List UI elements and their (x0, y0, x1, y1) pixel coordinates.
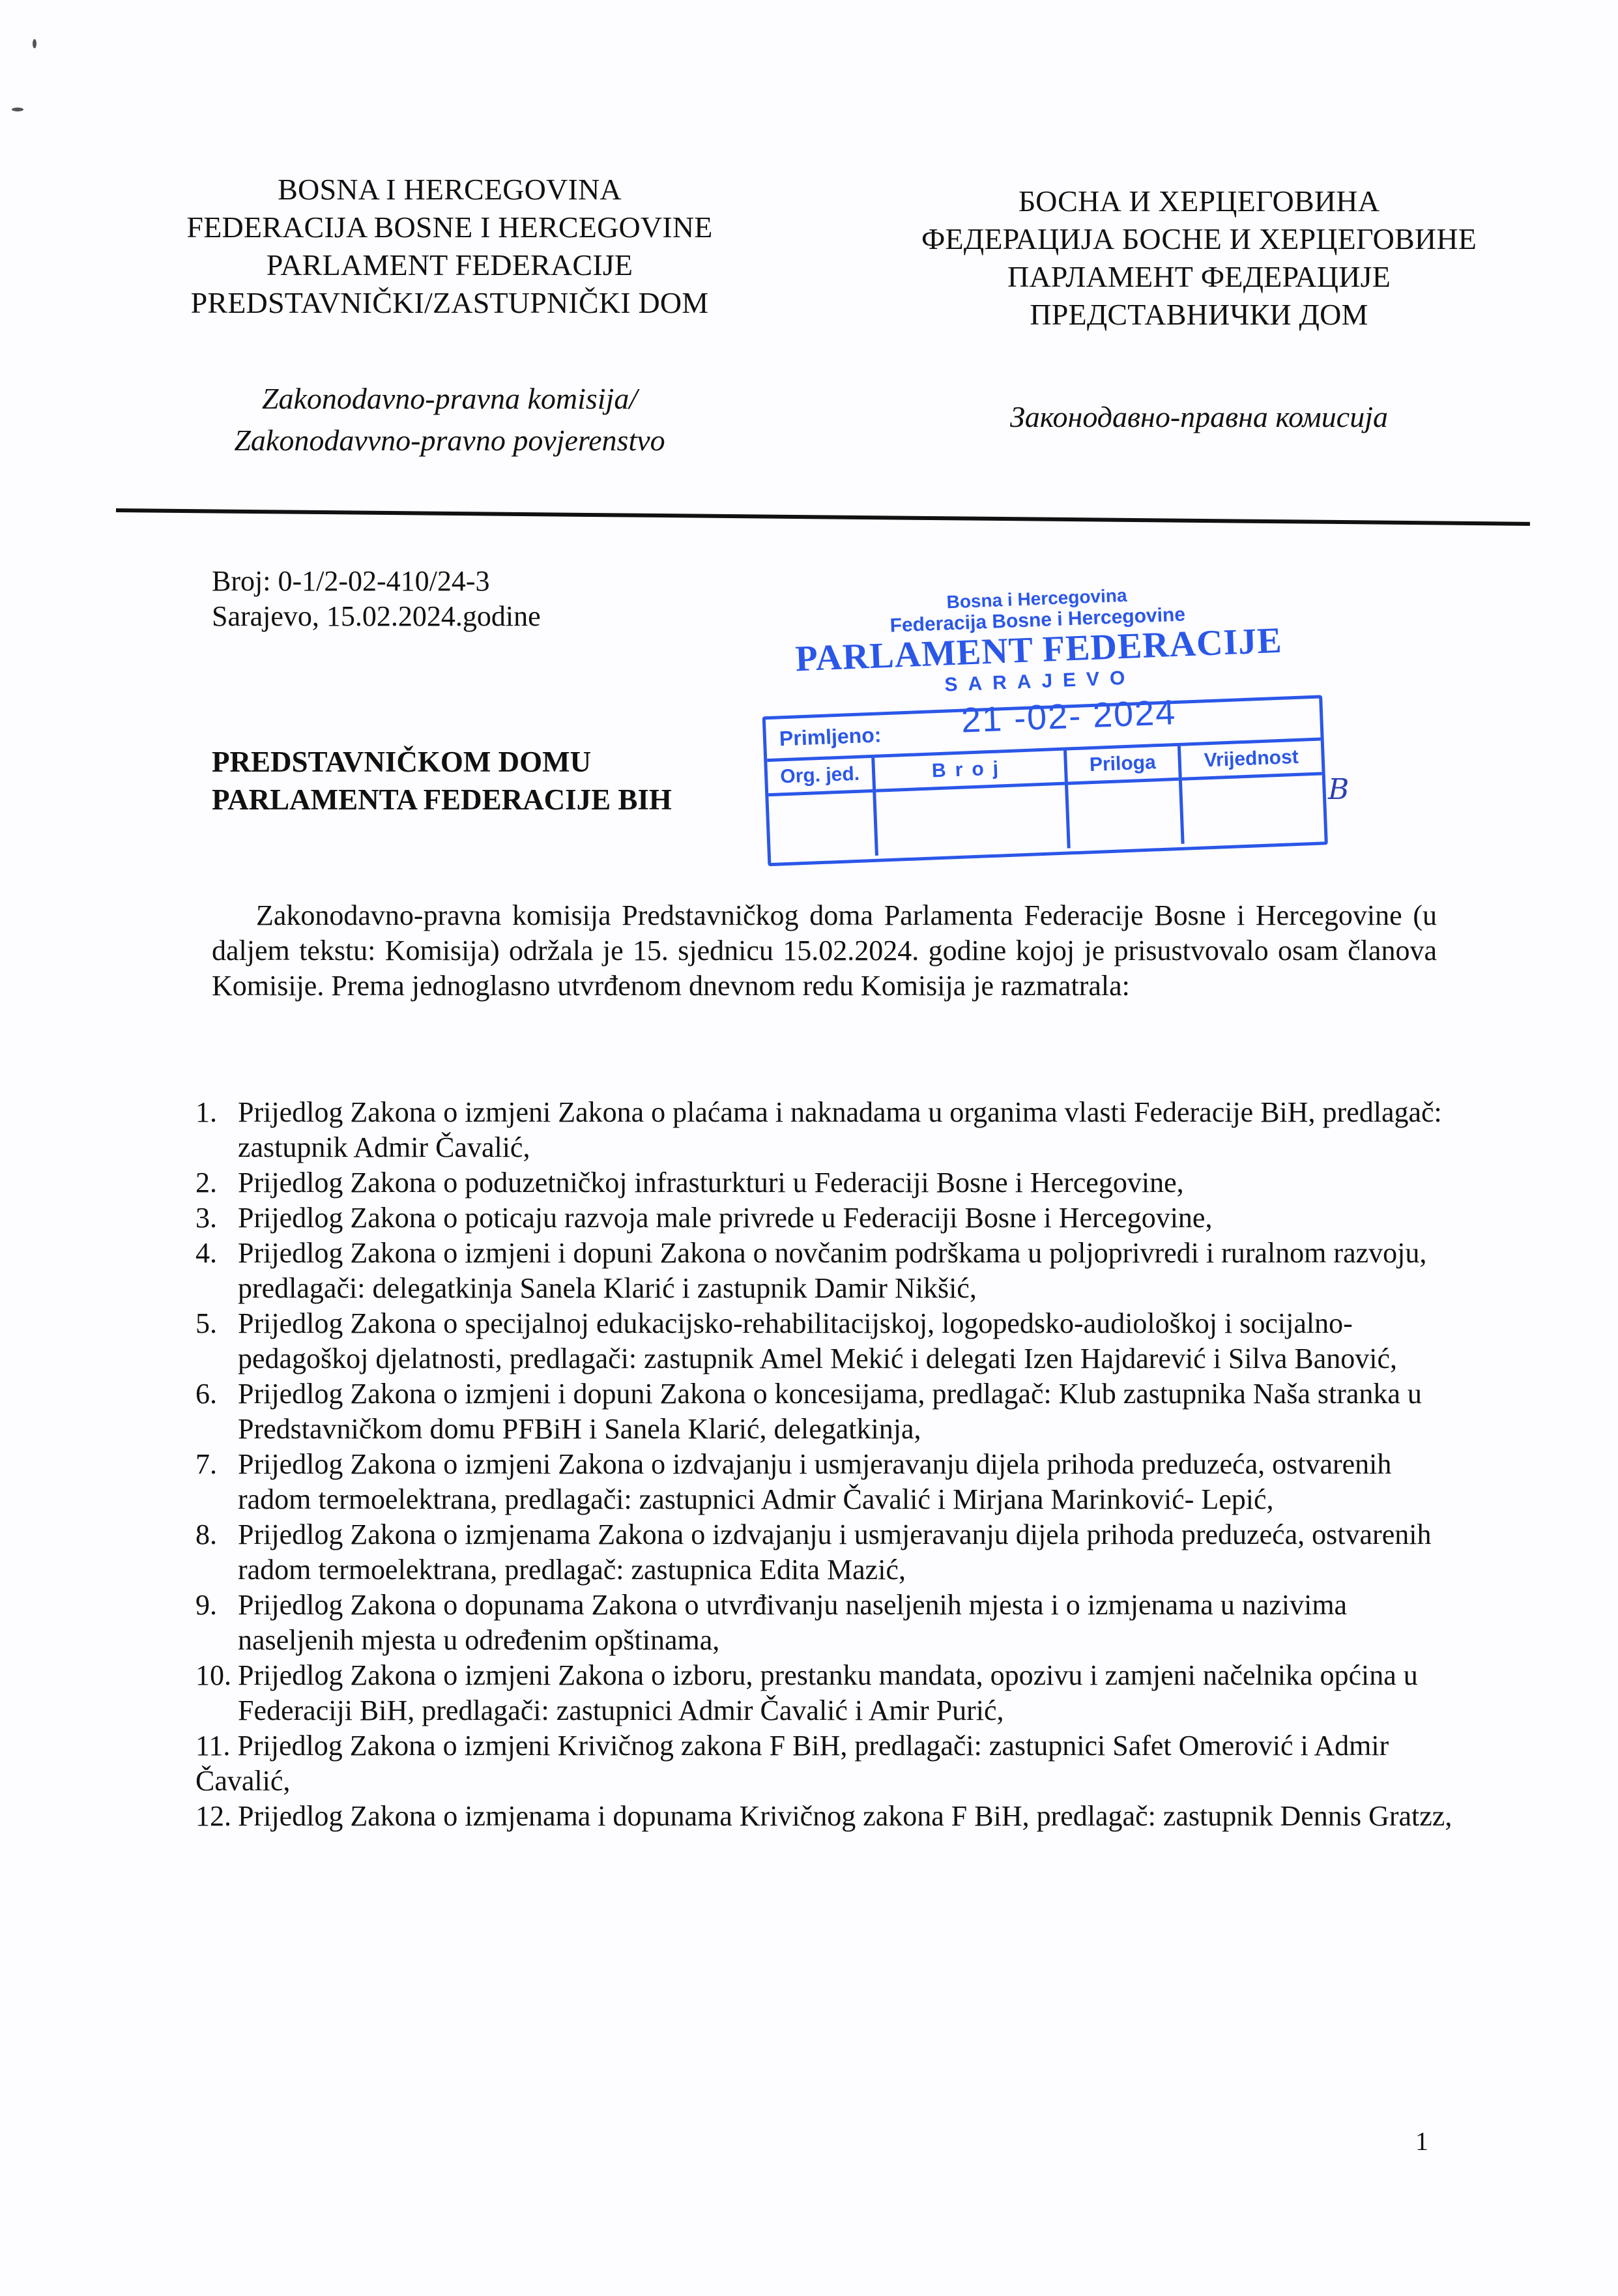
agenda-item-text: Prijedlog Zakona o izmjeni Krivičnog zak… (195, 1730, 1389, 1797)
received-stamp: Bosna i Hercegovina Federacija Bosne i H… (749, 564, 1333, 873)
header-latin-line: PREDSTAVNIČKI/ZASTUPNIČKI DOM (137, 284, 762, 322)
header-cyrillic-line: ПРЕДСТАВНИЧКИ ДОМ (854, 296, 1544, 334)
agenda-item-number: 5. (195, 1306, 217, 1341)
reference-block: Broj: 0-1/2-02-410/24-3 Sarajevo, 15.02.… (212, 564, 541, 634)
header-latin: BOSNA I HERCEGOVINA FEDERACIJA BOSNE I H… (137, 171, 762, 322)
intro-paragraph: Zakonodavno-pravna komisija Predstavničk… (212, 898, 1437, 1004)
agenda-list: 1.Prijedlog Zakona o izmjeni Zakona o pl… (195, 1095, 1453, 1834)
agenda-item-number: 1. (195, 1095, 217, 1130)
stamp-received-label: Primljeno: (779, 723, 882, 751)
reference-number: Broj: 0-1/2-02-410/24-3 (212, 564, 541, 599)
agenda-item-text: Prijedlog Zakona o izmjeni Zakona o izbo… (238, 1659, 1418, 1726)
handwritten-mark: B (1328, 773, 1349, 806)
agenda-item: 1.Prijedlog Zakona o izmjeni Zakona o pl… (195, 1095, 1453, 1165)
agenda-item-number: 7. (195, 1447, 217, 1482)
addressee: PREDSTAVNIČKOM DOMU PARLAMENTA FEDERACIJ… (212, 743, 672, 819)
header-cyrillic-line: ФЕДЕРАЦИЈА БОСНЕ И ХЕРЦЕГОВИНЕ (854, 220, 1544, 258)
stamp-col-broj: Broj (874, 750, 1071, 855)
stamp-col-label: Org. jed. (767, 758, 873, 796)
addressee-line: PREDSTAVNIČKOM DOMU (212, 743, 672, 781)
committee-name-line: Zakonodavvno-pravno povjerenstvo (137, 420, 762, 461)
agenda-item-number: 2. (195, 1165, 217, 1200)
agenda-item-text: Prijedlog Zakona o poduzetničkoj infrast… (238, 1167, 1184, 1199)
place-date: Sarajevo, 15.02.2024.godine (212, 599, 541, 634)
page-number: 1 (1415, 2126, 1428, 2157)
stamp-col-label: Vrijednost (1181, 741, 1322, 781)
header-latin-line: PARLAMENT FEDERACIJE (137, 246, 762, 284)
stamp-columns: Org. jed. Broj Priloga Vrijednost (767, 741, 1324, 860)
agenda-item-number: 8. (195, 1517, 217, 1552)
agenda-item: 6.Prijedlog Zakona o izmjeni i dopuni Za… (195, 1376, 1453, 1447)
agenda-item-number: 6. (195, 1376, 217, 1412)
header-cyrillic: БОСНА И ХЕРЦЕГОВИНА ФЕДЕРАЦИЈА БОСНЕ И Х… (854, 182, 1544, 334)
agenda-item-number: 3. (195, 1200, 217, 1236)
stamp-col-vrijednost: Vrijednost (1181, 741, 1325, 844)
stamp-col-priloga: Priloga (1067, 746, 1185, 849)
agenda-item-text: Prijedlog Zakona o izmjeni Zakona o plać… (238, 1096, 1442, 1163)
agenda-item-text: Prijedlog Zakona o specijalnoj edukacijs… (238, 1307, 1397, 1374)
agenda-item-text: Prijedlog Zakona o dopunama Zakona o utv… (238, 1589, 1347, 1656)
agenda-item: 11. Prijedlog Zakona o izmjeni Krivičnog… (195, 1728, 1453, 1799)
agenda-item-text: Prijedlog Zakona o izmjenama Zakona o iz… (238, 1519, 1431, 1586)
header-latin-line: FEDERACIJA BOSNE I HERCEGOVINE (137, 209, 762, 246)
agenda-item-number: 12. (195, 1799, 231, 1834)
scan-speck (33, 39, 36, 48)
agenda-item-number: 10. (195, 1658, 231, 1693)
agenda-item: 12.Prijedlog Zakona o izmjenama i dopuna… (195, 1799, 1453, 1834)
agenda-item-text: Prijedlog Zakona o izmjeni i dopuni Zako… (238, 1237, 1426, 1304)
stamp-table: Primljeno: 21 -02- 2024 Org. jed. Broj P… (762, 695, 1328, 866)
header-divider (116, 508, 1530, 526)
agenda-item-text: Prijedlog Zakona o poticaju razvoja male… (238, 1202, 1212, 1234)
agenda-item: 9.Prijedlog Zakona o dopunama Zakona o u… (195, 1588, 1453, 1658)
agenda-item-text: Prijedlog Zakona o izmjeni i dopuni Zako… (238, 1378, 1422, 1445)
addressee-line: PARLAMENTA FEDERACIJE BIH (212, 781, 672, 819)
header-latin-line: BOSNA I HERCEGOVINA (137, 171, 762, 209)
agenda-item-text: Prijedlog Zakona o izmjeni Zakona o izdv… (238, 1448, 1391, 1515)
committee-name-cyrillic: Законодавно-правна комисија (854, 396, 1544, 438)
header-cyrillic-line: ПАРЛАМЕНТ ФЕДЕРАЦИЈЕ (854, 258, 1544, 296)
agenda-item: 5.Prijedlog Zakona o specijalnoj edukaci… (195, 1306, 1453, 1376)
agenda-item: 7.Prijedlog Zakona o izmjeni Zakona o iz… (195, 1447, 1453, 1517)
agenda-item: 2.Prijedlog Zakona o poduzetničkoj infra… (195, 1165, 1453, 1200)
agenda-item: 10.Prijedlog Zakona o izmjeni Zakona o i… (195, 1658, 1453, 1728)
agenda-item-text: Prijedlog Zakona o izmjenama i dopunama … (238, 1800, 1452, 1832)
agenda-item-number: 9. (195, 1588, 217, 1623)
stamp-received-date: 21 -02- 2024 (961, 692, 1177, 741)
scan-speck (12, 108, 23, 111)
agenda-item: 3.Prijedlog Zakona o poticaju razvoja ma… (195, 1200, 1453, 1236)
committee-name-line: Zakonodavno-pravna komisija/ (137, 378, 762, 420)
stamp-col-org: Org. jed. (767, 758, 878, 860)
header-cyrillic-line: БОСНА И ХЕРЦЕГОВИНА (854, 182, 1544, 220)
agenda-item-number: 4. (195, 1236, 217, 1271)
agenda-item: 8.Prijedlog Zakona o izmjenama Zakona o … (195, 1517, 1453, 1588)
committee-name-latin: Zakonodavno-pravna komisija/ Zakonodavvn… (137, 378, 762, 461)
stamp-col-label: Broj (874, 751, 1065, 792)
agenda-item: 4.Prijedlog Zakona o izmjeni i dopuni Za… (195, 1236, 1453, 1306)
agenda-item-number: 11. (195, 1730, 230, 1762)
stamp-col-label: Priloga (1067, 746, 1179, 785)
